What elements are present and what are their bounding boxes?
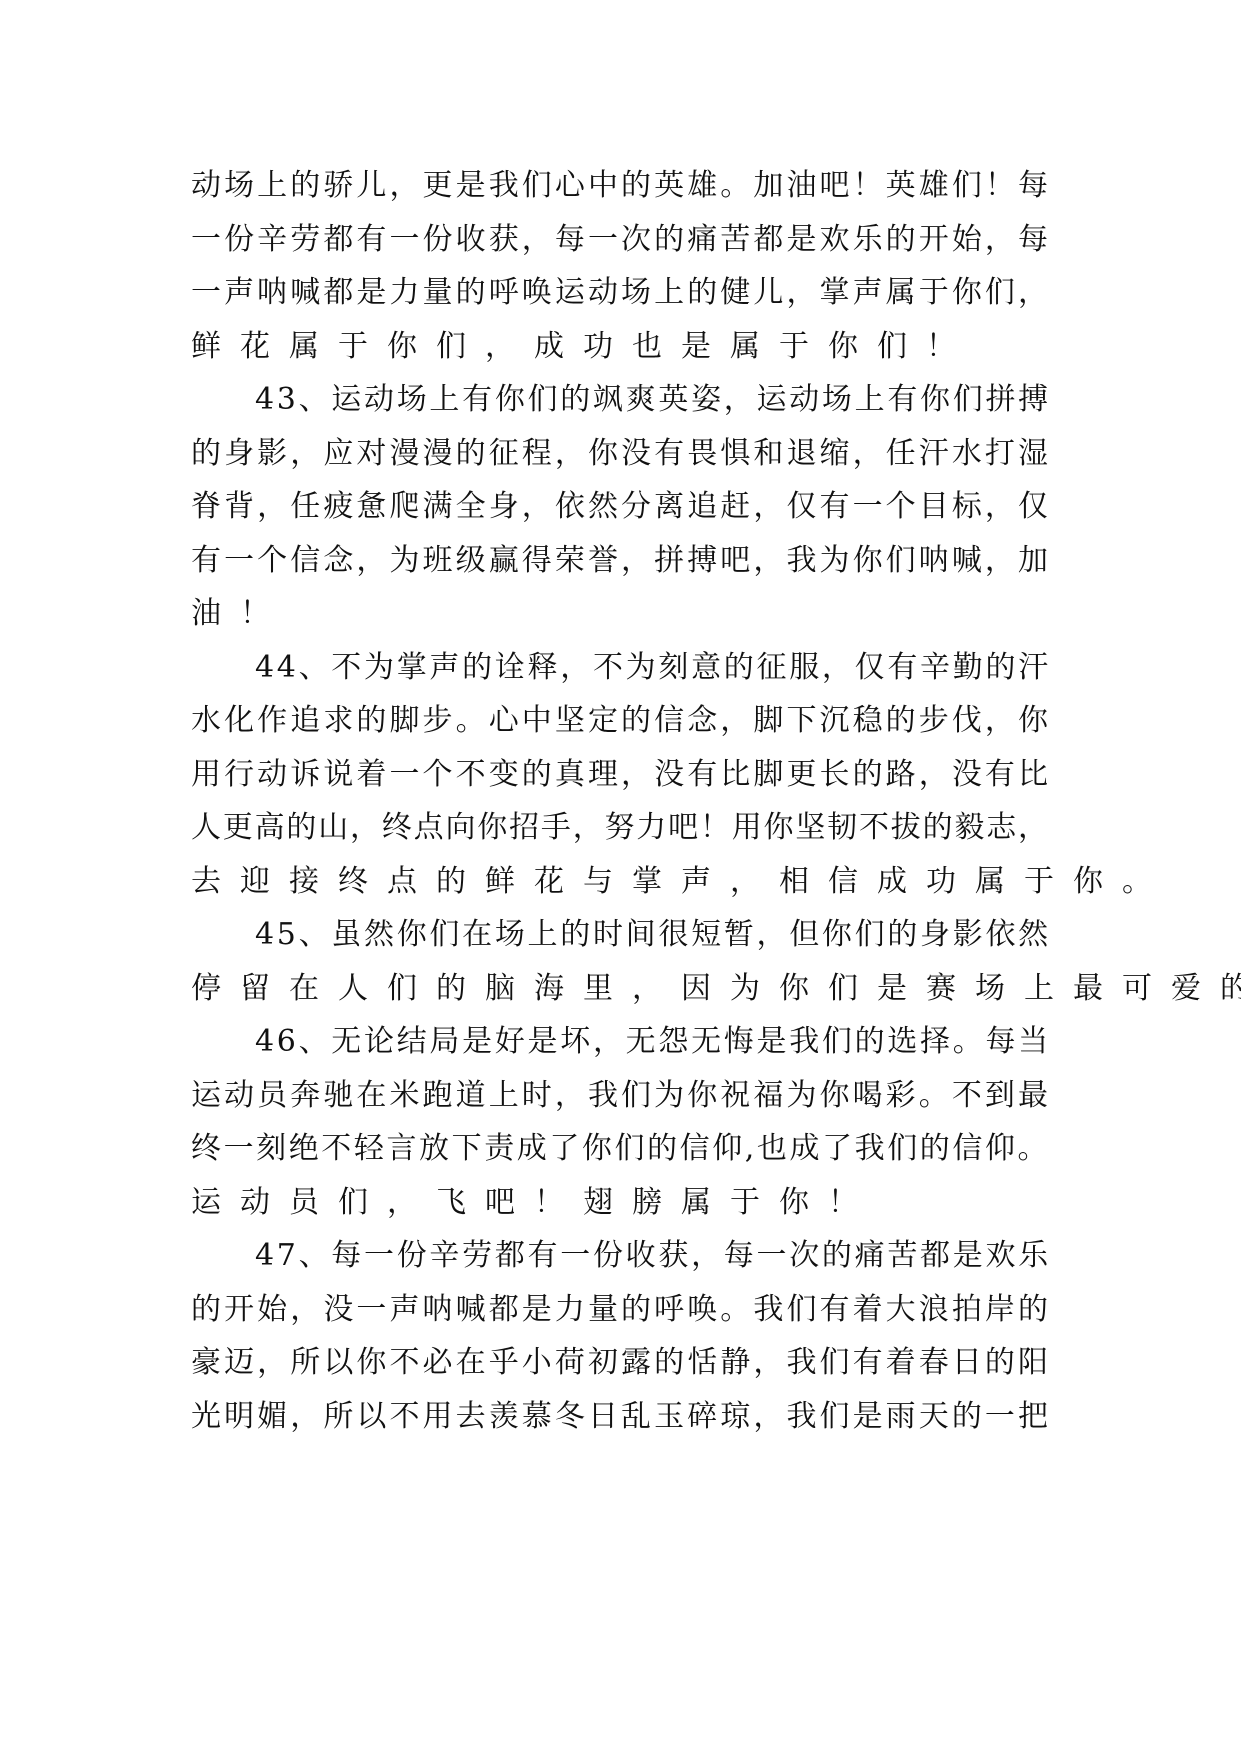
- text-line: 水化作追求的脚步。心中坚定的信念，脚下沉稳的步伐，你: [191, 694, 1051, 748]
- text-line: 脊背，任疲惫爬满全身，依然分离追赶，仅有一个目标，仅: [191, 480, 1051, 534]
- paragraph-45-start: 45、虽然你们在场上的时间很短暂，但你们的身影依然: [255, 908, 1051, 962]
- paragraph-46-start: 46、无论结局是好是坏，无怨无悔是我们的选择。每当: [255, 1015, 1051, 1069]
- text-line: 鲜花属于你们，成功也是属于你们！: [191, 320, 975, 374]
- text-line: 的开始，没一声呐喊都是力量的呼唤。我们有着大浪拍岸的: [191, 1283, 1051, 1337]
- paragraph-44-start: 44、不为掌声的诠释，不为刻意的征服，仅有辛勤的汗: [255, 641, 1051, 695]
- text-line: 豪迈，所以你不必在乎小荷初露的恬静，我们有着春日的阳: [191, 1336, 1051, 1390]
- text-line: 运动员奔驰在米跑道上时，我们为你祝福为你喝彩。不到最: [191, 1069, 1051, 1123]
- text-line: 终一刻绝不轻言放下责成了你们的信仰,也成了我们的信仰。: [191, 1122, 1050, 1176]
- text-line: 的身影，应对漫漫的征程，你没有畏惧和退缩，任汗水打湿: [191, 427, 1051, 481]
- text-line: 去迎接终点的鲜花与掌声，相信成功属于你。: [191, 855, 1171, 909]
- text-line: 运动员们，飞吧！翅膀属于你！: [191, 1176, 877, 1230]
- paragraph-43-start: 43、运动场上有你们的飒爽英姿，运动场上有你们拼搏: [255, 373, 1051, 427]
- text-line: 用行动诉说着一个不变的真理，没有比脚更长的路，没有比: [191, 748, 1051, 802]
- text-line: 有一个信念，为班级赢得荣誉，拼搏吧，我为你们呐喊，加: [191, 534, 1051, 588]
- text-line: 一声呐喊都是力量的呼唤运动场上的健儿，掌声属于你们，: [191, 266, 1051, 320]
- paragraph-47-start: 47、每一份辛劳都有一份收获，每一次的痛苦都是欢乐: [255, 1229, 1051, 1283]
- text-line: 人更高的山，终点向你招手，努力吧！用你坚韧不拔的毅志，: [191, 801, 1050, 855]
- text-line: 动场上的骄儿，更是我们心中的英雄。加油吧！英雄们！每: [191, 159, 1051, 213]
- text-line: 停留在人们的脑海里，因为你们是赛场上最可爱的人！: [191, 962, 1241, 1016]
- text-line: 一份辛劳都有一份收获，每一次的痛苦都是欢乐的开始，每: [191, 213, 1051, 267]
- document-page: 动场上的骄儿，更是我们心中的英雄。加油吧！英雄们！每 一份辛劳都有一份收获，每一…: [0, 0, 1241, 1754]
- text-line: 光明媚，所以不用去羡慕冬日乱玉碎琼，我们是雨天的一把: [191, 1390, 1051, 1444]
- text-line: 油！: [191, 587, 289, 641]
